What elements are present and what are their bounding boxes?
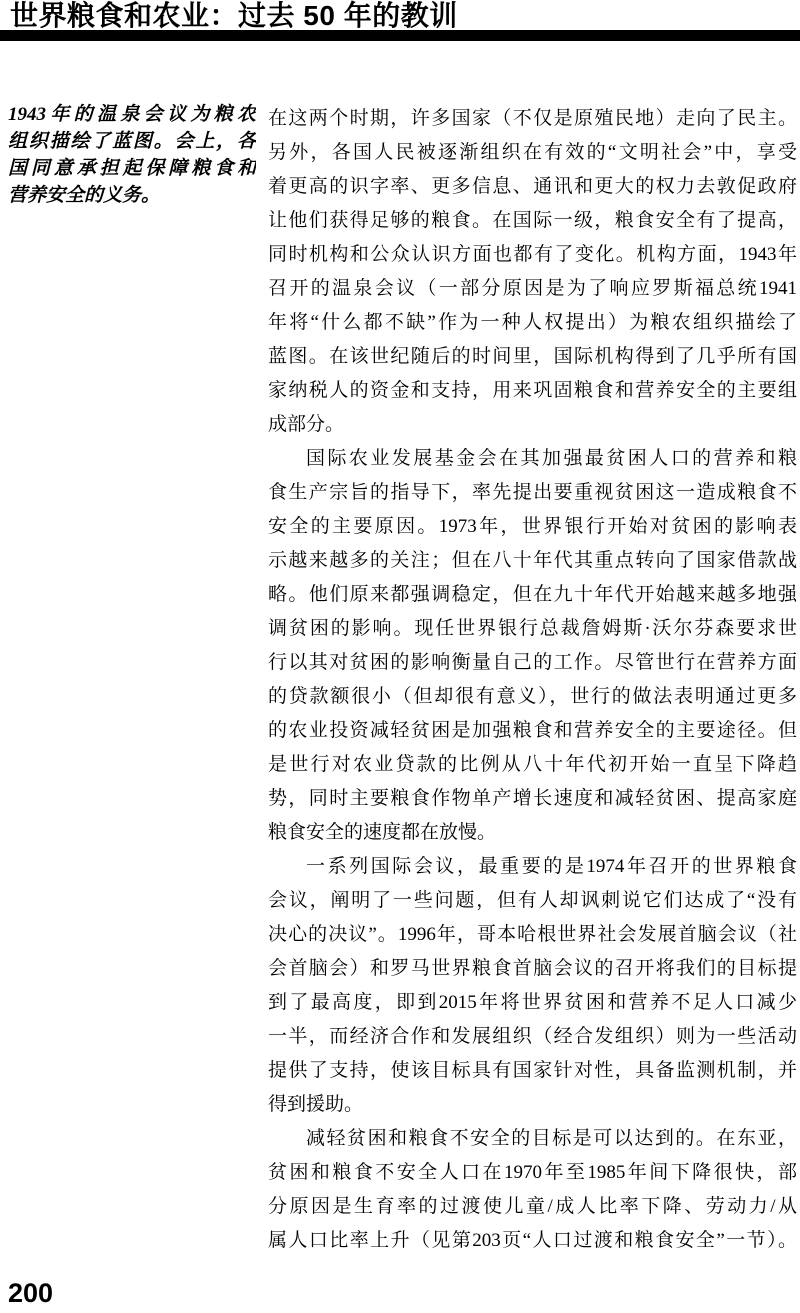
text-line: 成部分。 xyxy=(268,408,797,442)
text-line: 的贷款额很小（但却很有意义），世行的做法表明通过更多 xyxy=(268,680,797,714)
text-line: 召开的温泉会议（一部分原因是为了响应罗斯福总统1941 xyxy=(268,272,797,306)
text-line: 减轻贫困和粮食不安全的目标是可以达到的。在东亚， xyxy=(268,1122,797,1156)
margin-note-line: 营养安全的义务。 xyxy=(8,182,256,209)
paragraph: 减轻贫困和粮食不安全的目标是可以达到的。在东亚，贫困和粮食不安全人口在1970年… xyxy=(268,1122,797,1258)
text-line: 在这两个时期，许多国家（不仅是原殖民地）走向了民主。 xyxy=(268,102,797,136)
text-line: 年将“什么都不缺”作为一种人权提出）为粮农组织描绘了 xyxy=(268,306,797,340)
chapter-title: 世界粮食和农业：过去 50 年的教训 xyxy=(10,1,458,31)
text-line: 另外，各国人民被逐渐组织在有效的“文明社会”中，享受 xyxy=(268,136,797,170)
text-line: 分原因是生育率的过渡使儿童/成人比率下降、劳动力/从 xyxy=(268,1190,797,1224)
text-line: 示越来越多的关注；但在八十年代其重点转向了国家借款战 xyxy=(268,544,797,578)
text-line: 会议，阐明了一些问题，但有人却讽刺说它们达成了“没有 xyxy=(268,884,797,918)
text-line: 决心的决议”。1996年，哥本哈根世界社会发展首脑会议（社 xyxy=(268,918,797,952)
text-line: 贫困和粮食不安全人口在1970年至1985年间下降很快，部 xyxy=(268,1156,797,1190)
text-line: 会首脑会）和罗马世界粮食首脑会议的召开将我们的目标提 xyxy=(268,952,797,986)
text-line: 调贫困的影响。现任世界银行总裁詹姆斯·沃尔芬森要求世 xyxy=(268,612,797,646)
body-text: 在这两个时期，许多国家（不仅是原殖民地）走向了民主。另外，各国人民被逐渐组织在有… xyxy=(268,102,797,1258)
page-number: 200 xyxy=(8,1278,53,1308)
text-line: 安全的主要原因。1973年，世界银行开始对贫困的影响表 xyxy=(268,510,797,544)
text-line: 是世行对农业贷款的比例从八十年代初开始一直呈下降趋 xyxy=(268,748,797,782)
text-line: 食生产宗旨的指导下，率先提出要重视贫困这一造成粮食不 xyxy=(268,476,797,510)
text-line: 粮食安全的速度都在放慢。 xyxy=(268,816,797,850)
paragraph: 国际农业发展基金会在其加强最贫困人口的营养和粮食生产宗旨的指导下，率先提出要重视… xyxy=(268,442,797,850)
book-page: 世界粮食和农业：过去 50 年的教训 1943年的温泉会议为粮农组织描绘了蓝图。… xyxy=(0,0,800,1313)
text-line: 蓝图。在该世纪随后的时间里，国际机构得到了几乎所有国 xyxy=(268,340,797,374)
text-line: 让他们获得足够的粮食。在国际一级，粮食安全有了提高， xyxy=(268,204,797,238)
text-line: 的农业投资减轻贫困是加强粮食和营养安全的主要途径。但 xyxy=(268,714,797,748)
text-line: 一半，而经济合作和发展组织（经合发组织）则为一些活动 xyxy=(268,1020,797,1054)
text-line: 一系列国际会议，最重要的是1974年召开的世界粮食 xyxy=(268,850,797,884)
header-rule xyxy=(0,30,800,41)
text-line: 家纳税人的资金和支持，用来巩固粮食和营养安全的主要组 xyxy=(268,374,797,408)
text-line: 同时机构和公众认识方面也都有了变化。机构方面，1943年 xyxy=(268,238,797,272)
margin-note-line: 国同意承担起保障粮食和 xyxy=(8,155,256,182)
margin-note: 1943年的温泉会议为粮农组织描绘了蓝图。会上，各国同意承担起保障粮食和营养安全… xyxy=(8,101,256,209)
margin-note-line: 1943年的温泉会议为粮农 xyxy=(8,101,256,128)
text-line: 提供了支持，使该目标具有国家针对性，具备监测机制，并 xyxy=(268,1054,797,1088)
paragraph: 一系列国际会议，最重要的是1974年召开的世界粮食会议，阐明了一些问题，但有人却… xyxy=(268,850,797,1122)
text-line: 属人口比率上升（见第203页“人口过渡和粮食安全”一节）。 xyxy=(268,1224,797,1258)
text-line: 略。他们原来都强调稳定，但在九十年代开始越来越多地强 xyxy=(268,578,797,612)
margin-note-line: 组织描绘了蓝图。会上，各 xyxy=(8,128,256,155)
text-line: 国际农业发展基金会在其加强最贫困人口的营养和粮 xyxy=(268,442,797,476)
text-line: 着更高的识字率、更多信息、通讯和更大的权力去敦促政府 xyxy=(268,170,797,204)
text-line: 得到援助。 xyxy=(268,1088,797,1122)
text-line: 行以其对贫困的影响衡量自己的工作。尽管世行在营养方面 xyxy=(268,646,797,680)
text-line: 到了最高度，即到2015年将世界贫困和营养不足人口减少 xyxy=(268,986,797,1020)
paragraph: 在这两个时期，许多国家（不仅是原殖民地）走向了民主。另外，各国人民被逐渐组织在有… xyxy=(268,102,797,442)
text-line: 势，同时主要粮食作物单产增长速度和减轻贫困、提高家庭 xyxy=(268,782,797,816)
